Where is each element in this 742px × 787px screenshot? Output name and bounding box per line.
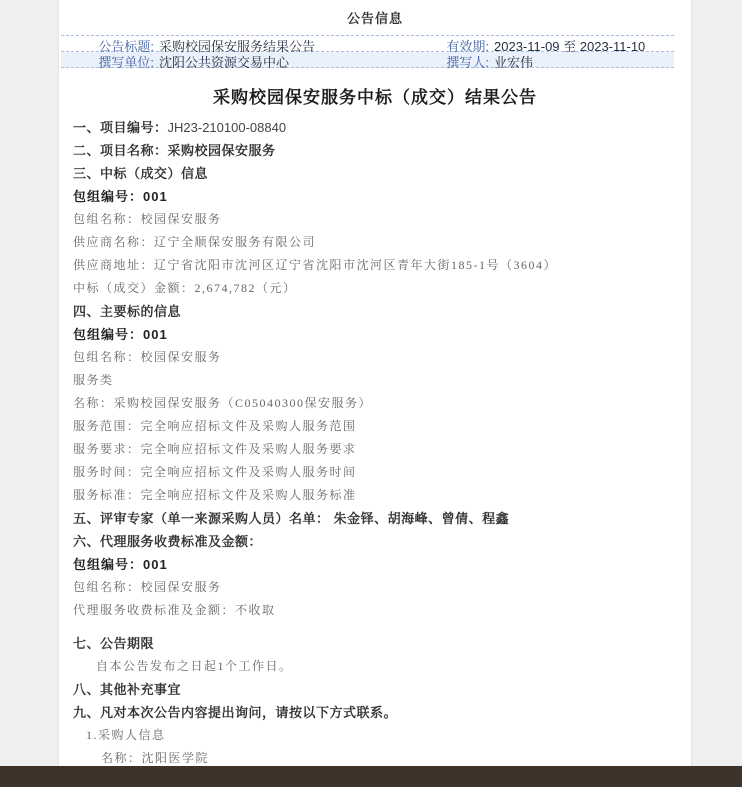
doc-line: 包组名称：校园保安服务 <box>73 351 677 364</box>
meta-row-title: 公告标题: 采购校园保安服务结果公告 有效期: 2023-11-09 至 202… <box>61 36 674 52</box>
doc-line-text: 名称：沈阳医学院 <box>101 751 209 765</box>
doc-line-text: 九、凡对本次公告内容提出询问，请按以下方式联系。 <box>73 705 397 720</box>
writing-unit-value: 沈阳公共资源交易中心 <box>156 52 445 71</box>
doc-line: 名称：沈阳医学院 <box>73 752 677 765</box>
doc-line-text: 服务类 <box>73 373 114 387</box>
doc-line-text: 供应商名称：辽宁全顺保安服务有限公司 <box>73 235 316 249</box>
doc-line-text: 包组名称：校园保安服务 <box>73 580 222 594</box>
footer-bar <box>0 766 742 787</box>
doc-line: 九、凡对本次公告内容提出询问，请按以下方式联系。 <box>73 706 677 719</box>
doc-line: 包组名称：校园保安服务 <box>73 581 677 594</box>
announcement-panel: 公告信息 公告标题: 采购校园保安服务结果公告 有效期: 2023-11-09 … <box>58 0 692 766</box>
doc-line: 三、中标（成交）信息 <box>73 167 677 180</box>
doc-line: 包组编号：001 <box>73 558 677 571</box>
doc-line: 供应商名称：辽宁全顺保安服务有限公司 <box>73 236 677 249</box>
doc-line: 中标（成交）金额：2,674,782（元） <box>73 282 677 295</box>
doc-line-text: 名称：采购校园保安服务（C05040300保安服务） <box>73 396 372 410</box>
doc-line-text: 三、中标（成交）信息 <box>73 166 208 181</box>
doc-line-text: 1.采购人信息 <box>86 728 166 742</box>
doc-line-text: 中标（成交）金额：2,674,782（元） <box>73 281 297 295</box>
doc-line: 服务标准：完全响应招标文件及采购人服务标准 <box>73 489 677 502</box>
doc-line: 四、主要标的信息 <box>73 305 677 318</box>
doc-line: 代理服务收费标准及金额：不收取 <box>73 604 677 617</box>
doc-line-text: 六、代理服务收费标准及金额： <box>73 534 262 549</box>
doc-line: 包组编号：001 <box>73 328 677 341</box>
doc-line: 七、公告期限 <box>73 637 677 650</box>
doc-line: 二、项目名称：采购校园保安服务 <box>73 144 677 157</box>
doc-line-text: 七、公告期限 <box>73 636 154 651</box>
doc-line-text: 服务范围：完全响应招标文件及采购人服务范围 <box>73 419 357 433</box>
doc-line-text: 包组编号：001 <box>73 557 168 572</box>
page-title: 公告信息 <box>73 8 677 27</box>
doc-line-text: 服务标准：完全响应招标文件及采购人服务标准 <box>73 488 357 502</box>
doc-line: 1.采购人信息 <box>73 729 677 742</box>
doc-line: 供应商地址：辽宁省沈阳市沈河区辽宁省沈阳市沈河区青年大街185-1号（3604） <box>73 259 677 272</box>
doc-line-value: JH23-210100-08840 <box>168 120 287 135</box>
writer-value: 业宏伟 <box>491 52 674 71</box>
doc-line: 包组名称：校园保安服务 <box>73 213 677 226</box>
doc-line: 一、项目编号：JH23-210100-08840 <box>73 121 677 134</box>
doc-line-text: 服务要求：完全响应招标文件及采购人服务要求 <box>73 442 357 456</box>
doc-line-text: 包组名称：校园保安服务 <box>73 212 222 226</box>
document-title: 采购校园保安服务中标（成交）结果公告 <box>73 83 677 108</box>
doc-line: 五、评审专家（单一来源采购人员）名单： 朱金铎、胡海峰、曾倩、程鑫 <box>73 512 677 525</box>
document-body: 一、项目编号：JH23-210100-08840二、项目名称：采购校园保安服务三… <box>73 121 677 765</box>
doc-line-text: 代理服务收费标准及金额：不收取 <box>73 603 276 617</box>
meta-row-author: 撰写单位: 沈阳公共资源交易中心 撰写人: 业宏伟 <box>61 52 674 68</box>
doc-line-text: 五、评审专家（单一来源采购人员）名单： 朱金铎、胡海峰、曾倩、程鑫 <box>73 511 509 526</box>
doc-line-text: 包组名称：校园保安服务 <box>73 350 222 364</box>
doc-line-text: 一、项目编号： <box>73 120 168 135</box>
writing-unit-label: 撰写单位: <box>61 52 156 71</box>
doc-line: 六、代理服务收费标准及金额： <box>73 535 677 548</box>
doc-line-text: 服务时间：完全响应招标文件及采购人服务时间 <box>73 465 357 479</box>
doc-line-text: 二、项目名称：采购校园保安服务 <box>73 143 276 158</box>
doc-line-text: 自本公告发布之日起1个工作日。 <box>96 659 293 673</box>
doc-line-text: 八、其他补充事宜 <box>73 682 181 697</box>
doc-line: 服务类 <box>73 374 677 387</box>
doc-line: 服务范围：完全响应招标文件及采购人服务范围 <box>73 420 677 433</box>
doc-line-text: 四、主要标的信息 <box>73 304 181 319</box>
writer-label: 撰写人: <box>445 52 491 71</box>
doc-line-text: 包组编号：001 <box>73 327 168 342</box>
doc-line-text: 包组编号：001 <box>73 189 168 204</box>
announcement-meta-table: 公告标题: 采购校园保安服务结果公告 有效期: 2023-11-09 至 202… <box>61 35 674 68</box>
doc-line: 八、其他补充事宜 <box>73 683 677 696</box>
doc-line: 包组编号：001 <box>73 190 677 203</box>
doc-line: 服务时间：完全响应招标文件及采购人服务时间 <box>73 466 677 479</box>
doc-line: 自本公告发布之日起1个工作日。 <box>73 660 677 673</box>
doc-line: 服务要求：完全响应招标文件及采购人服务要求 <box>73 443 677 456</box>
doc-line: 名称：采购校园保安服务（C05040300保安服务） <box>73 397 677 410</box>
doc-line-text: 供应商地址：辽宁省沈阳市沈河区辽宁省沈阳市沈河区青年大街185-1号（3604） <box>73 258 557 272</box>
